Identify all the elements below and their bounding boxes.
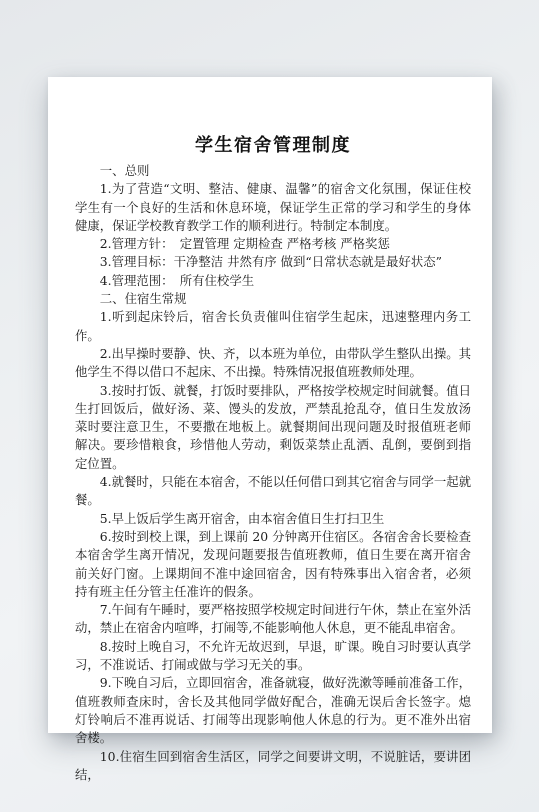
paragraph: 9.下晚自习后，立即回宿舍，准备就寝，做好洗漱等睡前准备工作，值班教师查床时，舍… (75, 674, 471, 747)
section-heading-boarder-rules: 二、住宿生常规 (75, 290, 471, 308)
paragraph: 7.午间有午睡时，要严格按照学校规定时间进行午休，禁止在室外活动，禁止在宿舍内喧… (75, 601, 471, 638)
paragraph: 5.早上饭后学生离开宿舍，由本宿舍值日生打扫卫生 (75, 510, 471, 528)
section-heading-general: 一、总则 (75, 162, 471, 180)
document-content: 学生宿舍管理制度 一、总则 1.为了营造“文明、整洁、健康、温馨”的宿舍文化氛围… (48, 77, 492, 784)
paragraph: 6.按时到校上课，到上课前 20 分钟离开住宿区。各宿舍舍长要检查本宿舍学生离开… (75, 528, 471, 601)
document-title: 学生宿舍管理制度 (75, 133, 471, 159)
paragraph: 8.按时上晚自习，不允许无故迟到，早退，旷课。晚自习时要认真学习，不准说话、打闹… (75, 638, 471, 675)
paragraph: 1.听到起床铃后，宿舍长负责催叫住宿学生起床，迅速整理内务工作。 (75, 308, 471, 345)
paragraph: 1.为了营造“文明、整洁、健康、温馨”的宿舍文化氛围，保证住校学生有一个良好的生… (75, 180, 471, 235)
paragraph: 2.出早操时要静、快、齐，以本班为单位，由带队学生整队出操。其他学生不得以借口不… (75, 345, 471, 382)
document-page: 学生宿舍管理制度 一、总则 1.为了营造“文明、整洁、健康、温馨”的宿舍文化氛围… (48, 77, 492, 733)
paragraph: 4.就餐时，只能在本宿舍，不能以任何借口到其它宿舍与同学一起就餐。 (75, 473, 471, 510)
document-body: 一、总则 1.为了营造“文明、整洁、健康、温馨”的宿舍文化氛围，保证住校学生有一… (75, 162, 471, 784)
paragraph: 4.管理范围： 所有住校学生 (75, 272, 471, 290)
paragraph: 2.管理方针： 定置管理 定期检查 严格考核 严格奖惩 (75, 235, 471, 253)
page-background: 学生宿舍管理制度 一、总则 1.为了营造“文明、整洁、健康、温馨”的宿舍文化氛围… (0, 0, 539, 812)
paragraph: 3.按时打饭、就餐，打饭时要排队，严格按学校规定时间就餐。值日生打回饭后，做好汤… (75, 382, 471, 473)
paragraph: 10.住宿生回到宿舍生活区，同学之间要讲文明，不说脏话，要讲团结， (75, 748, 471, 785)
paragraph: 3.管理目标：干净整洁 井然有序 做到“日常状态就是最好状态” (75, 253, 471, 271)
